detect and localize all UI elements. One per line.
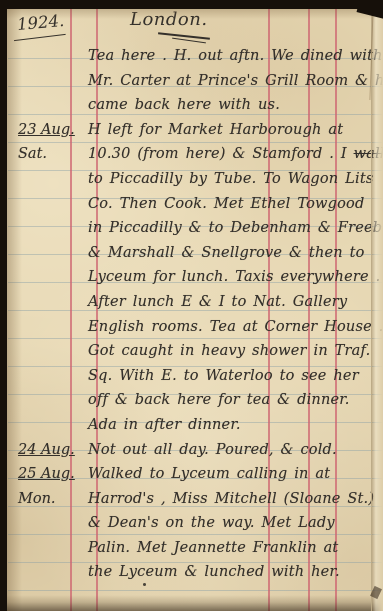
line-text: Co. Then Cook. Met Ethel Towgood: [88, 192, 364, 217]
line-text: & Dean's on the way. Met Lady: [88, 511, 335, 536]
top-page-shading: [0, 9, 383, 19]
line-text: Mr. Carter at Prince's Grill Room & he: [88, 69, 383, 94]
line-text: to Piccadilly by Tube. To Wagon Lits: [88, 167, 373, 192]
diary-line: Lyceum for lunch. Taxis everywhere .: [6, 265, 383, 290]
line-text: Harrod's , Miss Mitchell (Sloane St.): [88, 487, 374, 512]
line-text: Walked to Lyceum calling in at: [88, 462, 330, 487]
line-text: 10.30 (from here) & Stamford . I walked: [88, 142, 383, 167]
line-text: Lyceum for lunch. Taxis everywhere .: [88, 265, 380, 290]
diary-line: Co. Then Cook. Met Ethel Towgood: [6, 192, 383, 217]
diary-line: After lunch E & I to Nat. Gallery: [6, 290, 383, 315]
diary-line: 23 Aug.H left for Market Harborough at: [6, 118, 383, 143]
title-underline: [158, 32, 210, 39]
diary-line: the Lyceum & lunched with her.: [6, 560, 383, 585]
diary-line: off & back here for tea & dinner.: [6, 388, 383, 413]
diary-line: & Marshall & Snellgrove & then to: [6, 241, 383, 266]
diary-line: Mr. Carter at Prince's Grill Room & he: [6, 69, 383, 94]
line-text: off & back here for tea & dinner.: [88, 388, 350, 413]
diary-lines: Tea here . H. out aftn. We dined withMr.…: [6, 44, 383, 585]
diary-line: 25 Aug.Walked to Lyceum calling in at: [6, 462, 383, 487]
diary-line: Got caught in heavy shower in Traf.: [6, 339, 383, 364]
line-text: & Marshall & Snellgrove & then to: [88, 241, 365, 266]
left-page-shading: [7, 0, 22, 611]
diary-line: 24 Aug.Not out all day. Poured, & cold.: [6, 438, 383, 463]
diary-line: English rooms. Tea at Corner House .: [6, 315, 383, 340]
diary-line: Sq. With E. to Waterloo to see her: [6, 364, 383, 389]
book-binding-left: [0, 0, 7, 611]
line-text: came back here with us.: [88, 93, 280, 118]
line-text: Got caught in heavy shower in Traf.: [88, 339, 370, 364]
book-binding-top: [0, 0, 383, 9]
line-text: H left for Market Harborough at: [88, 118, 343, 143]
title-underline-flourish: [172, 38, 206, 44]
ink-speck: [143, 583, 146, 586]
line-text: the Lyceum & lunched with her.: [88, 560, 340, 585]
diary-line: Tea here . H. out aftn. We dined with: [6, 44, 383, 69]
diary-page: 1924. London. Tea here . H. out aftn. We…: [0, 0, 383, 611]
diary-line: Sat.10.30 (from here) & Stamford . I wal…: [6, 142, 383, 167]
line-text: Not out all day. Poured, & cold.: [88, 438, 337, 463]
line-text: Ada in after dinner.: [88, 413, 241, 438]
line-text: Palin. Met Jeannette Franklin at: [88, 536, 338, 561]
bottom-page-shading: [0, 595, 383, 611]
diary-line: Palin. Met Jeannette Franklin at: [6, 536, 383, 561]
line-text: After lunch E & I to Nat. Gallery: [88, 290, 347, 315]
line-text: in Piccadilly & to Debenham & Freebody: [88, 216, 383, 241]
diary-line: Mon.Harrod's , Miss Mitchell (Sloane St.…: [6, 487, 383, 512]
diary-line: to Piccadilly by Tube. To Wagon Lits: [6, 167, 383, 192]
line-text: Tea here . H. out aftn. We dined with: [88, 44, 383, 69]
diary-line: in Piccadilly & to Debenham & Freebody: [6, 216, 383, 241]
diary-line: Ada in after dinner.: [6, 413, 383, 438]
diary-line: came back here with us.: [6, 93, 383, 118]
page-fore-edge: [371, 9, 383, 611]
line-text: Sq. With E. to Waterloo to see her: [88, 364, 359, 389]
diary-line: & Dean's on the way. Met Lady: [6, 511, 383, 536]
line-text: English rooms. Tea at Corner House .: [88, 315, 383, 340]
